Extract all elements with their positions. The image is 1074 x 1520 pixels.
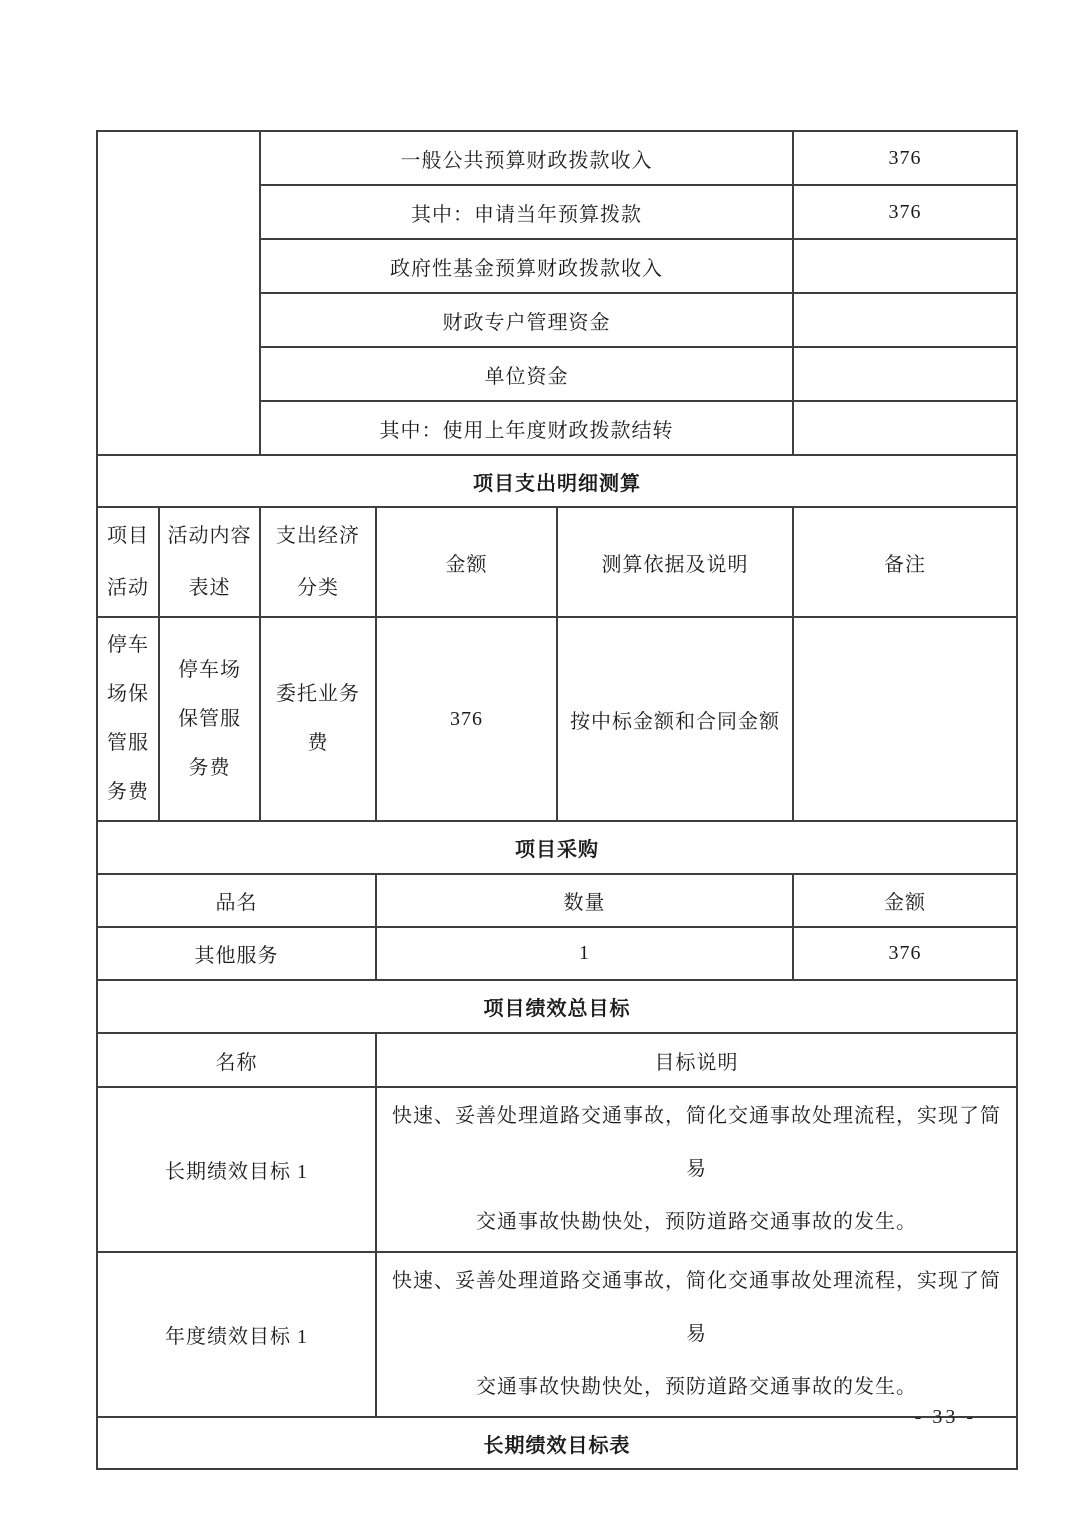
funding-value [793, 347, 1017, 401]
header-quantity: 数量 [376, 874, 793, 927]
header-econ-class: 支出经济 分类 [260, 507, 376, 617]
header-activity: 项目 活动 [97, 507, 159, 617]
performance-header-row: 名称 目标说明 [97, 1033, 1017, 1087]
page-number: - 33 - [915, 1406, 976, 1429]
performance-goal-row: 年度绩效目标 1 快速、妥善处理道路交通事故，简化交通事故处理流程，实现了简易 … [97, 1252, 1017, 1417]
procurement-title: 项目采购 [97, 821, 1017, 874]
cell-goal-description: 快速、妥善处理道路交通事故，简化交通事故处理流程，实现了简易 交通事故快勘快处，… [376, 1252, 1017, 1417]
funding-value [793, 293, 1017, 347]
header-amount: 金额 [376, 507, 557, 617]
funding-value: 376 [793, 131, 1017, 185]
expense-detail-header-row: 项目 活动 活动内容 表述 支出经济 分类 金额 测算依据及说明 备注 [97, 507, 1017, 617]
document-page: 一般公共预算财政拨款收入 376 其中：申请当年预算拨款 376 政府性基金预算… [0, 0, 1074, 1520]
cell-basis: 按中标金额和合同金额 [557, 617, 793, 821]
performance-title-row: 项目绩效总目标 [97, 980, 1017, 1033]
cell-quantity: 1 [376, 927, 793, 980]
header-goal-name: 名称 [97, 1033, 376, 1087]
procurement-title-row: 项目采购 [97, 821, 1017, 874]
cell-goal-name: 长期绩效目标 1 [97, 1087, 376, 1252]
longterm-title: 长期绩效目标表 [97, 1417, 1017, 1469]
cell-amount: 376 [376, 617, 557, 821]
funding-label: 其中：使用上年度财政拨款结转 [260, 401, 793, 455]
header-basis: 测算依据及说明 [557, 507, 793, 617]
funding-label: 一般公共预算财政拨款收入 [260, 131, 793, 185]
procurement-data-row: 其他服务 1 376 [97, 927, 1017, 980]
funding-row: 一般公共预算财政拨款收入 376 [97, 131, 1017, 185]
funding-label: 财政专户管理资金 [260, 293, 793, 347]
cell-activity: 停车 场保 管服 务费 [97, 617, 159, 821]
funding-label: 单位资金 [260, 347, 793, 401]
cell-remark [793, 617, 1017, 821]
funding-left-empty-cell [97, 131, 260, 455]
header-remark: 备注 [793, 507, 1017, 617]
header-activity-desc: 活动内容 表述 [159, 507, 260, 617]
expense-detail-title: 项目支出明细测算 [97, 455, 1017, 507]
header-goal-description: 目标说明 [376, 1033, 1017, 1087]
procurement-header-row: 品名 数量 金额 [97, 874, 1017, 927]
cell-econ-class: 委托业务 费 [260, 617, 376, 821]
header-proc-amount: 金额 [793, 874, 1017, 927]
performance-goal-row: 长期绩效目标 1 快速、妥善处理道路交通事故，简化交通事故处理流程，实现了简易 … [97, 1087, 1017, 1252]
funding-value: 376 [793, 185, 1017, 239]
performance-title: 项目绩效总目标 [97, 980, 1017, 1033]
funding-label: 其中：申请当年预算拨款 [260, 185, 793, 239]
funding-label: 政府性基金预算财政拨款收入 [260, 239, 793, 293]
budget-table: 一般公共预算财政拨款收入 376 其中：申请当年预算拨款 376 政府性基金预算… [96, 130, 1018, 1470]
cell-proc-amount: 376 [793, 927, 1017, 980]
funding-value [793, 239, 1017, 293]
header-item-name: 品名 [97, 874, 376, 927]
cell-goal-name: 年度绩效目标 1 [97, 1252, 376, 1417]
cell-goal-description: 快速、妥善处理道路交通事故，简化交通事故处理流程，实现了简易 交通事故快勘快处，… [376, 1087, 1017, 1252]
expense-detail-data-row: 停车 场保 管服 务费 停车场 保管服 务费 委托业务 费 376 按中标金额和… [97, 617, 1017, 821]
expense-detail-title-row: 项目支出明细测算 [97, 455, 1017, 507]
cell-item-name: 其他服务 [97, 927, 376, 980]
longterm-title-row: 长期绩效目标表 [97, 1417, 1017, 1469]
cell-activity-desc: 停车场 保管服 务费 [159, 617, 260, 821]
funding-value [793, 401, 1017, 455]
